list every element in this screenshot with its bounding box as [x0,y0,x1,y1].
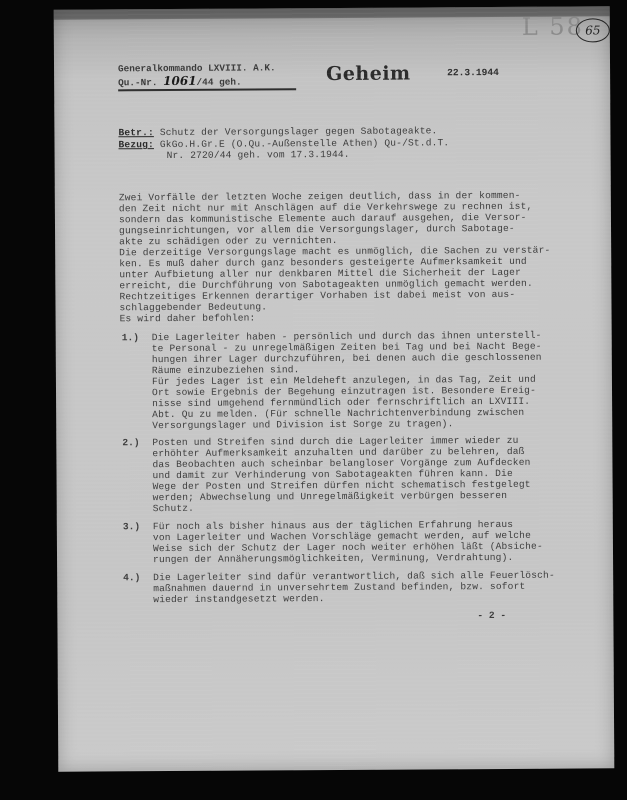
order-number: 4.) [123,572,140,583]
subject-betr: Betr.: Schutz der Versorgungslager gegen… [118,125,437,138]
order-1-line: hungen ihrer Lager durchzuführen, bei de… [152,352,542,365]
order-4-line: maßnahmen dauernd in unversehrtem Zustan… [153,581,525,594]
sender-block: Generalkommando LXVIII. A.K. Qu.-Nr. 106… [118,62,276,89]
sender-line-1: Generalkommando LXVIII. A.K. [118,62,276,75]
order-1-line: Räume einzubeziehen sind. [152,364,300,376]
order-1-line: Versorgungslager und Division ist Sorge … [152,418,453,431]
intro-line: Es wird daher befohlen: [120,312,256,324]
handwritten-reference-number: 1061 [163,74,196,88]
header-underline [118,88,296,91]
intro-line: Rechtzeitiges Erkennen derartiger Vorhab… [119,289,515,302]
folio-number-circled: 65 [576,18,610,42]
pencil-annotation: L 58 [522,12,584,40]
order-number: 1.) [122,332,139,343]
order-number: 3.) [123,521,140,532]
order-2-line: werden; Abwechselung und Unregelmäßigkei… [153,490,507,503]
betr-label: Betr.: [118,127,154,138]
bezug-line-2: Nr. 2720/44 geh. vom 17.3.1944. [167,149,350,161]
order-4-line: wieder instandgesetzt werden. [153,593,324,605]
order-3-line: rungen der Annäherungsmöglichkeiten, Ver… [153,552,513,565]
order-number: 2.) [122,437,139,448]
bezug-label: Bezug: [118,139,154,150]
reference-suffix: /44 geh. [197,77,242,88]
scanned-document-page: L 58 65 Generalkommando LXVIII. A.K. Qu.… [54,6,615,771]
betr-text: Schutz der Versorgungslager gegen Sabota… [160,125,438,138]
sender-line-2: Qu.-Nr. 1061/44 geh. [118,74,276,89]
classification-stamp: Geheim [326,63,411,86]
reference-prefix: Qu.-Nr. [118,77,163,88]
continuation-page-number: - 2 - [477,610,506,621]
bezug-line-1: GkGo.H.Gr.E (O.Qu.-Außenstelle Athen) Qu… [160,137,450,150]
order-2-line: Schutz. [153,503,194,514]
document-date: 22.3.1944 [447,67,499,78]
intro-line: schlaggebender Bedeutung. [119,301,267,313]
